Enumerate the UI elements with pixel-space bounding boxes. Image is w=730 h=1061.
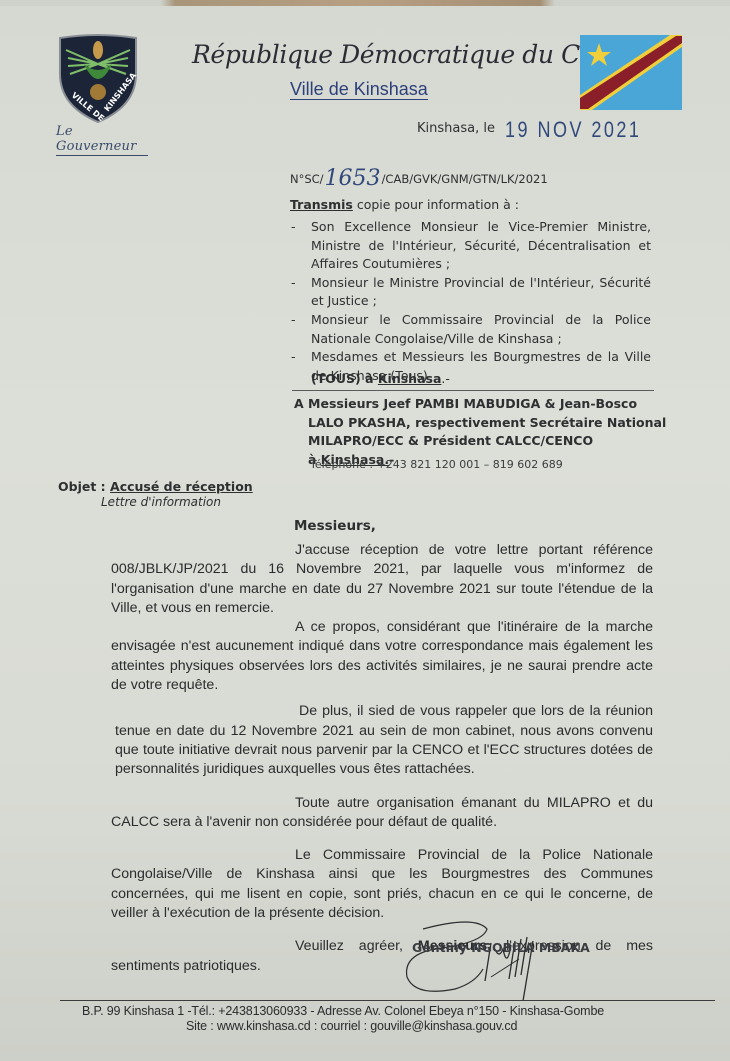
subject-line: Objet : Accusé de réception: [58, 479, 253, 494]
kinshasa-emblem-icon: VILLE DE KINSHASA: [56, 34, 140, 124]
copy-recipients-list: Son Excellence Monsieur le Vice-Premier …: [289, 218, 651, 385]
city-title: Ville de Kinshasa: [290, 79, 428, 100]
reference-prefix: N°SC/: [290, 172, 324, 186]
reference-number: N°SC/1653/CAB/GVK/GNM/GTN/LK/2021: [290, 164, 548, 189]
country-title: République Démocratique du Congo: [192, 40, 641, 69]
handwritten-signature-icon: [395, 919, 575, 1004]
subject-subtitle: Lettre d'information: [101, 495, 221, 509]
footer-divider: [60, 1000, 715, 1001]
list-item: Son Excellence Monsieur le Vice-Premier …: [289, 218, 651, 274]
letter-body: J'accuse réception de votre lettre porta…: [111, 541, 653, 976]
footer-contact: Site : www.kinshasa.cd : courriel : gouv…: [186, 1019, 517, 1033]
body-paragraph: De plus, il sied de vous rappeler que lo…: [111, 702, 653, 779]
salutation: Messieurs,: [294, 518, 376, 534]
copy-closing: (TOUS) à Kinshasa.-: [311, 371, 450, 386]
addressee-line: MILAPRO/ECC & Président CALCC/CENCO: [294, 432, 654, 451]
governor-title: Le Gouverneur: [56, 124, 148, 156]
transmission-heading: Transmis copie pour information à :: [290, 197, 519, 212]
addressee-phone: Téléphone : +243 821 120 001 – 819 602 6…: [310, 458, 563, 471]
body-paragraph: Le Commissaire Provincial de la Police N…: [111, 846, 653, 923]
divider: [292, 390, 654, 391]
body-paragraph: A ce propos, considérant que l'itinérair…: [111, 618, 653, 695]
transmis-label: Transmis: [290, 197, 353, 212]
date-prefix: Kinshasa, le: [417, 121, 495, 136]
letter-page: VILLE DE KINSHASA Le Gouverneur Républiq…: [0, 6, 730, 1061]
list-item: Monsieur le Ministre Provincial de l'Int…: [289, 274, 651, 311]
addressee-line: LALO PKASHA, respectivement Secrétaire N…: [294, 414, 654, 433]
footer-address: B.P. 99 Kinshasa 1 -Tél.: +243813060933 …: [82, 1004, 604, 1018]
body-paragraph: Toute autre organisation émanant du MILA…: [111, 794, 653, 833]
drc-flag-icon: [580, 35, 682, 110]
list-item: Monsieur le Commissaire Provincial de la…: [289, 311, 651, 348]
addressee-line: A Messieurs Jeef PAMBI MABUDIGA & Jean-B…: [294, 395, 654, 414]
subject-value: Accusé de réception: [110, 479, 253, 494]
signatory-name: Gentiny NGOBILA MBAKA: [412, 940, 590, 955]
reference-suffix: /CAB/GVK/GNM/GTN/LK/2021: [382, 172, 548, 186]
handwritten-number: 1653: [325, 166, 381, 191]
date-stamp: 19 NOV 2021: [505, 117, 641, 143]
body-paragraph: J'accuse réception de votre lettre porta…: [111, 541, 653, 618]
